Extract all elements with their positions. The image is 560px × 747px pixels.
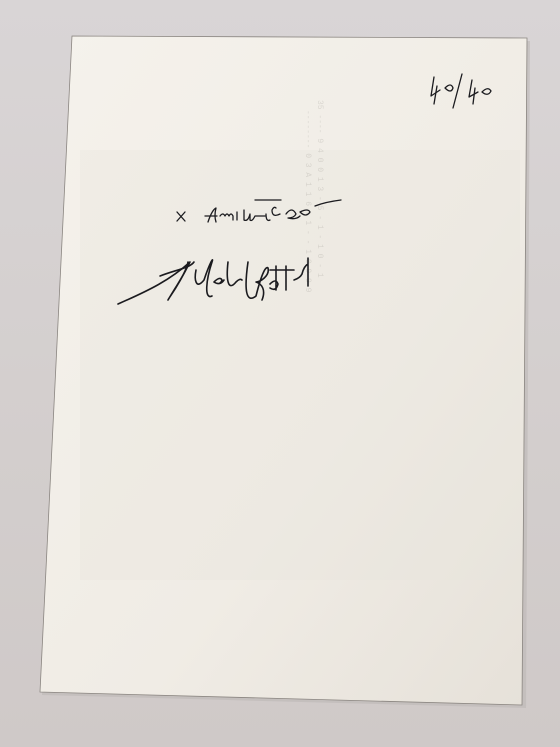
handwriting	[0, 0, 560, 747]
signature-handwriting	[118, 258, 308, 304]
dedication-handwriting	[177, 200, 341, 222]
edition-number-handwriting	[431, 74, 491, 108]
